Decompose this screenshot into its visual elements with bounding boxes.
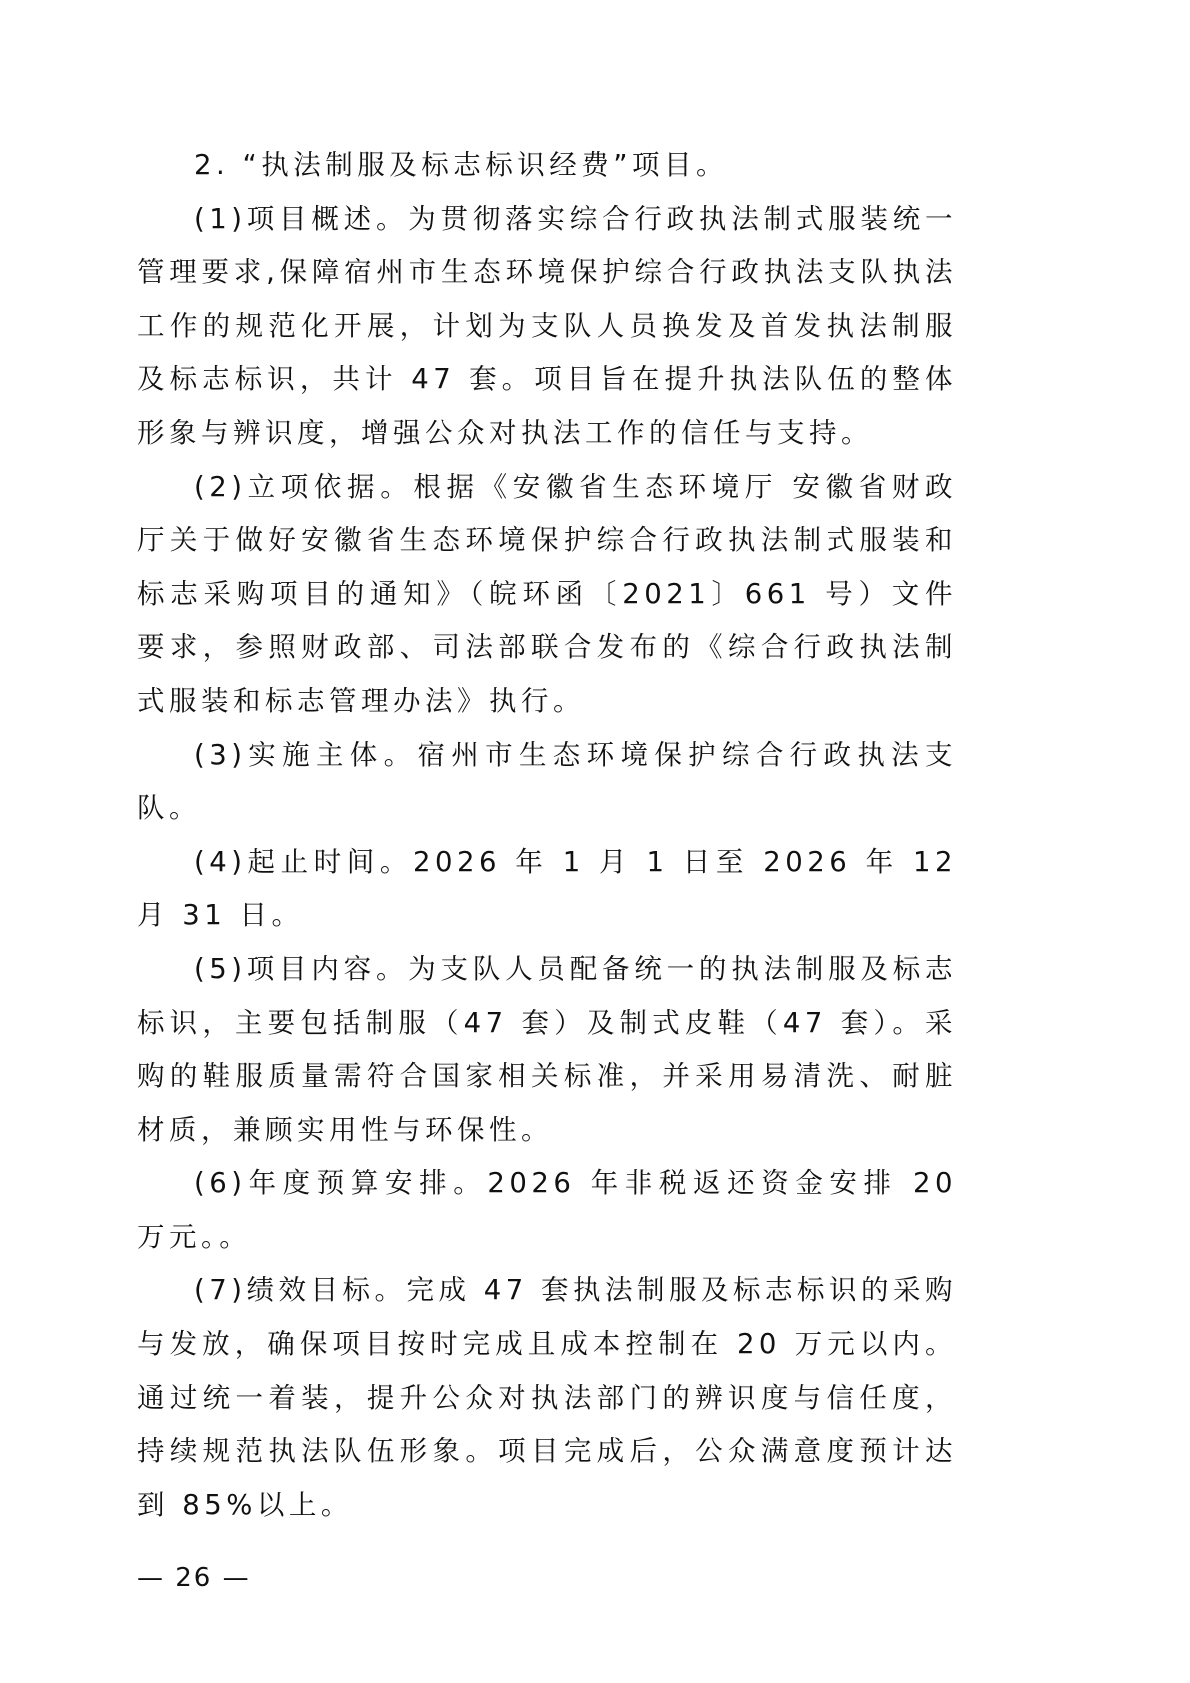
document-body: 2. “执法制服及标志标识经费”项目。 (1)项目概述。为贯彻落实综合行政执法制… <box>137 139 957 1532</box>
paragraph-performance-goal: (7)绩效目标。完成 47 套执法制服及标志标识的采购与发放，确保项目按时完成且… <box>137 1264 957 1532</box>
paragraph-basis: (2)立项依据。根据《安徽省生态环境厅 安徽省财政厅关于做好安徽省生态环境保护综… <box>137 461 957 729</box>
paragraph-implementer: (3)实施主体。宿州市生态环境保护综合行政执法支队。 <box>137 729 957 836</box>
paragraph-overview: (1)项目概述。为贯彻落实综合行政执法制式服装统一管理要求,保障宿州市生态环境保… <box>137 193 957 461</box>
paragraph-content: (5)项目内容。为支队人员配备统一的执法制服及标志标识，主要包括制服（47 套）… <box>137 943 957 1157</box>
section-heading: 2. “执法制服及标志标识经费”项目。 <box>137 139 957 193</box>
paragraph-period: (4)起止时间。2026 年 1 月 1 日至 2026 年 12 月 31 日… <box>137 836 957 943</box>
paragraph-budget: (6)年度预算安排。2026 年非税返还资金安排 20 万元。。 <box>137 1157 957 1264</box>
page-number: — 26 — <box>137 1563 251 1593</box>
